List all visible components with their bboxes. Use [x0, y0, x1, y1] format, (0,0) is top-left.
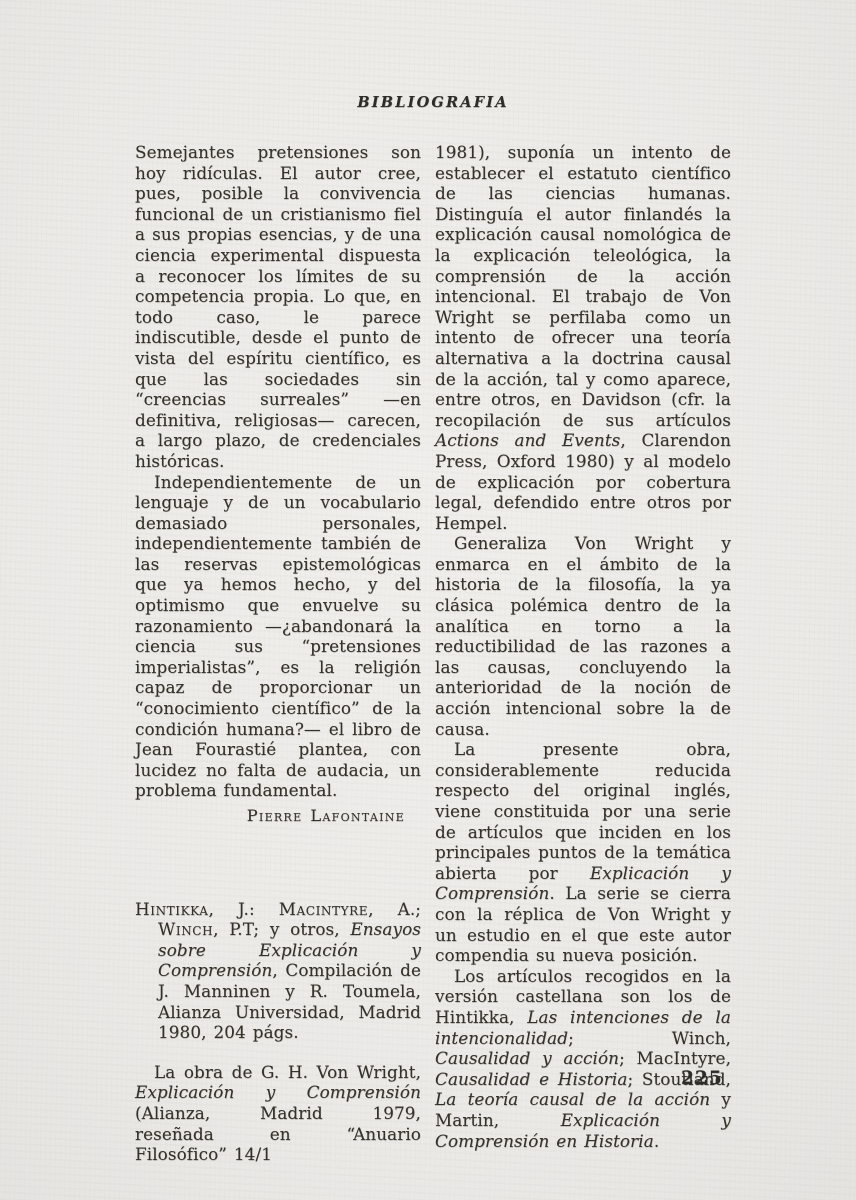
reviewer-signature: Pierre Lafontaine: [135, 806, 421, 827]
review-paragraph: La obra de G. H. Von Wright, Explicación…: [135, 1062, 421, 1165]
review-paragraph: 1981), suponía un intento de establecer …: [435, 142, 731, 533]
review-paragraph: Semejantes pretensiones son hoy ridícula…: [135, 142, 421, 472]
review-paragraph: Independientemente de un lenguaje y de u…: [135, 472, 421, 802]
text-columns: Semejantes pretensiones son hoy ridícula…: [135, 142, 731, 1165]
page-number: 225: [681, 1068, 723, 1089]
review-paragraph: Generaliza Von Wright y enmarca en el ám…: [435, 533, 731, 739]
review-paragraph: La presente obra, considerablemente redu…: [435, 739, 731, 966]
review-paragraph: Los artículos recogidos en la versión ca…: [435, 966, 731, 1151]
right-column: 1981), suponía un intento de establecer …: [435, 142, 731, 1165]
scanned-journal-page: BIBLIOGRAFIA Semejantes pretensiones son…: [0, 0, 856, 1200]
section-header: BIBLIOGRAFIA: [135, 94, 731, 111]
bibliography-entry: Hintikka, J.: Macintyre, A.; Winch, P.T;…: [135, 899, 421, 1043]
left-column: Semejantes pretensiones son hoy ridícula…: [135, 142, 421, 1165]
